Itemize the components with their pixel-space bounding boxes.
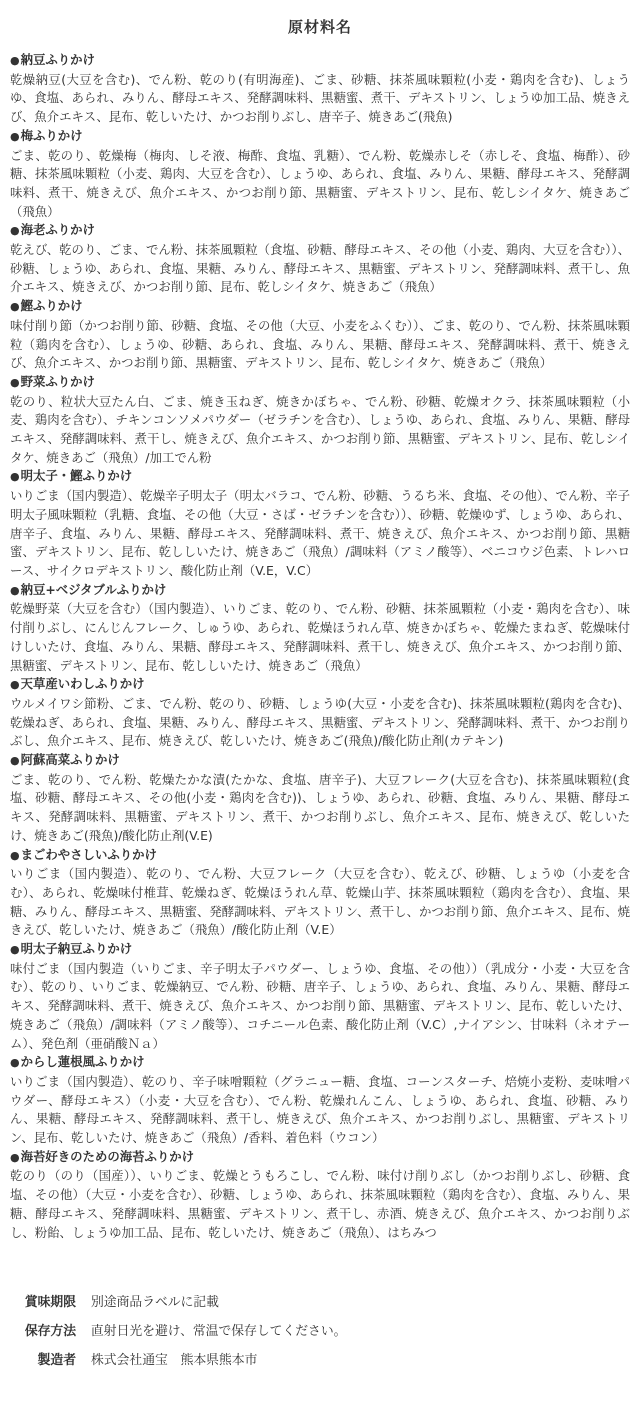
section-heading: ●鰹ふりかけ [10, 297, 630, 317]
bullet-icon: ● [10, 1056, 20, 1069]
bullet-icon: ● [10, 849, 20, 862]
section-name: 阿蘇高菜ふりかけ [21, 752, 120, 767]
ingredient-section: ●まごわやさしいふりかけ いりごま（国内製造）、乾のり、でん粉、大豆フレーク（大… [10, 846, 630, 941]
info-label: 製造者 [10, 1346, 76, 1375]
section-name: 野菜ふりかけ [21, 374, 95, 389]
info-row: 保存方法 直射日光を避け、常温で保存してください。 [10, 1317, 630, 1346]
ingredients-text: いりごま（国内製造）、乾のり、辛子味噌顆粒（グラニュー糖、食塩、コーンスターチ、… [10, 1073, 630, 1148]
ingredients-text: 乾のり（のり（国産））、いりごま、乾燥とうもろこし、でん粉、味付け削りぶし（かつ… [10, 1167, 630, 1242]
ingredient-section: ●納豆ふりかけ 乾燥納豆(大豆を含む)、でん粉、乾のり(有明海産)、ごま、砂糖、… [10, 51, 630, 127]
section-heading: ●海苔好きのための海苔ふりかけ [10, 1148, 630, 1168]
product-info-table: 賞味期限 別途商品ラベルに記載 保存方法 直射日光を避け、常温で保存してください… [10, 1288, 630, 1375]
ingredient-sections-list: ●納豆ふりかけ 乾燥納豆(大豆を含む)、でん粉、乾のり(有明海産)、ごま、砂糖、… [10, 51, 630, 1242]
ingredients-text: ウルメイワシ節粉、ごま、でん粉、乾のり、砂糖、しょうゆ(大豆・小麦を含む)、抹茶… [10, 695, 630, 751]
section-name: からし蓮根風ふりかけ [21, 1054, 145, 1069]
bullet-icon: ● [10, 300, 20, 313]
info-label: 保存方法 [10, 1317, 76, 1346]
ingredient-section: ●からし蓮根風ふりかけ いりごま（国内製造）、乾のり、辛子味噌顆粒（グラニュー糖… [10, 1053, 630, 1148]
info-value: 直射日光を避け、常温で保存してください。 [91, 1317, 346, 1346]
bullet-icon: ● [10, 224, 20, 237]
ingredient-section: ●海苔好きのための海苔ふりかけ 乾のり（のり（国産））、いりごま、乾燥とうもろこ… [10, 1148, 630, 1243]
section-heading: ●納豆+ベジタブルふりかけ [10, 581, 630, 601]
ingredient-section: ●明太子・鰹ふりかけ いりごま（国内製造）、乾燥辛子明太子（明太バラコ、でん粉、… [10, 467, 630, 580]
ingredient-section: ●海老ふりかけ 乾えび、乾のり、ごま、でん粉、抹茶風顆粒（食塩、砂糖、酵母エキス… [10, 221, 630, 297]
ingredients-text: 味付削り節（かつお削り節、砂糖、食塩、その他（大豆、小麦をふくむ））、ごま、乾の… [10, 317, 630, 373]
ingredient-section: ●阿蘇高菜ふりかけ ごま、乾のり、でん粉、乾燥たかな漬(たかな、食塩、唐辛子)、… [10, 751, 630, 846]
section-heading: ●梅ふりかけ [10, 127, 630, 147]
info-value: 別途商品ラベルに記載 [91, 1288, 219, 1317]
bullet-icon: ● [10, 1151, 20, 1164]
section-heading: ●明太子納豆ふりかけ [10, 940, 630, 960]
section-name: 海老ふりかけ [21, 222, 95, 237]
section-heading: ●からし蓮根風ふりかけ [10, 1053, 630, 1073]
section-name: 梅ふりかけ [21, 128, 83, 143]
ingredients-text: 乾燥野菜（大豆を含む）（国内製造）、いりごま、乾のり、でん粉、砂糖、抹茶風顆粒（… [10, 600, 630, 675]
bullet-icon: ● [10, 130, 20, 143]
section-name: 納豆+ベジタブルふりかけ [21, 582, 167, 597]
ingredients-text: 乾燥納豆(大豆を含む)、でん粉、乾のり(有明海産)、ごま、砂糖、抹茶風味顆粒(小… [10, 71, 630, 127]
ingredient-section: ●明太子納豆ふりかけ 味付ごま（国内製造（いりごま、辛子明太子パウダー、しょうゆ… [10, 940, 630, 1053]
info-row: 賞味期限 別途商品ラベルに記載 [10, 1288, 630, 1317]
bullet-icon: ● [10, 470, 20, 483]
info-row: 製造者 株式会社通宝 熊本県熊本市 [10, 1346, 630, 1375]
ingredients-document: 原材料名 ●納豆ふりかけ 乾燥納豆(大豆を含む)、でん粉、乾のり(有明海産)、ご… [0, 0, 640, 1415]
ingredients-text: いりごま（国内製造）、乾燥辛子明太子（明太バラコ、でん粉、砂糖、うるち米、食塩、… [10, 487, 630, 581]
ingredient-section: ●野菜ふりかけ 乾のり、粒状大豆たん白、ごま、焼き玉ねぎ、焼きかぼちゃ、でん粉、… [10, 373, 630, 468]
ingredients-text: ごま、乾のり、乾燥梅（梅肉、しそ液、梅酢、食塩、乳糖）、でん粉、乾燥赤しそ（赤し… [10, 147, 630, 222]
bullet-icon: ● [10, 754, 20, 767]
section-name: 海苔好きのための海苔ふりかけ [21, 1149, 194, 1164]
bullet-icon: ● [10, 376, 20, 389]
ingredient-section: ●納豆+ベジタブルふりかけ 乾燥野菜（大豆を含む）（国内製造）、いりごま、乾のり… [10, 581, 630, 676]
ingredients-text: いりごま（国内製造）、乾のり、でん粉、大豆フレーク（大豆を含む）、乾えび、砂糖、… [10, 865, 630, 940]
ingredient-section: ●鰹ふりかけ 味付削り節（かつお削り節、砂糖、食塩、その他（大豆、小麦をふくむ）… [10, 297, 630, 373]
section-heading: ●まごわやさしいふりかけ [10, 846, 630, 866]
bullet-icon: ● [10, 54, 20, 67]
ingredients-text: 味付ごま（国内製造（いりごま、辛子明太子パウダー、しょうゆ、食塩、その他））（乳… [10, 960, 630, 1054]
section-name: 鰹ふりかけ [21, 298, 83, 313]
info-label: 賞味期限 [10, 1288, 76, 1317]
section-heading: ●海老ふりかけ [10, 221, 630, 241]
ingredients-text: ごま、乾のり、でん粉、乾燥たかな漬(たかな、食塩、唐辛子)、大豆フレーク(大豆を… [10, 771, 630, 846]
section-heading: ●天草産いわしふりかけ [10, 675, 630, 695]
section-heading: ●阿蘇高菜ふりかけ [10, 751, 630, 771]
ingredient-section: ●天草産いわしふりかけ ウルメイワシ節粉、ごま、でん粉、乾のり、砂糖、しょうゆ(… [10, 675, 630, 751]
section-heading: ●野菜ふりかけ [10, 373, 630, 393]
bullet-icon: ● [10, 678, 20, 691]
ingredients-text: 乾えび、乾のり、ごま、でん粉、抹茶風顆粒（食塩、砂糖、酵母エキス、その他（小麦、… [10, 241, 630, 297]
page-title: 原材料名 [10, 16, 630, 38]
section-name: まごわやさしいふりかけ [21, 847, 157, 862]
section-name: 納豆ふりかけ [21, 52, 95, 67]
ingredient-section: ●梅ふりかけ ごま、乾のり、乾燥梅（梅肉、しそ液、梅酢、食塩、乳糖）、でん粉、乾… [10, 127, 630, 222]
section-heading: ●納豆ふりかけ [10, 51, 630, 71]
section-name: 天草産いわしふりかけ [21, 676, 145, 691]
section-heading: ●明太子・鰹ふりかけ [10, 467, 630, 487]
bullet-icon: ● [10, 584, 20, 597]
bullet-icon: ● [10, 943, 20, 956]
ingredients-text: 乾のり、粒状大豆たん白、ごま、焼き玉ねぎ、焼きかぼちゃ、でん粉、砂糖、乾燥オクラ… [10, 393, 630, 468]
section-name: 明太子・鰹ふりかけ [21, 468, 133, 483]
info-value: 株式会社通宝 熊本県熊本市 [91, 1346, 257, 1375]
section-name: 明太子納豆ふりかけ [21, 941, 133, 956]
